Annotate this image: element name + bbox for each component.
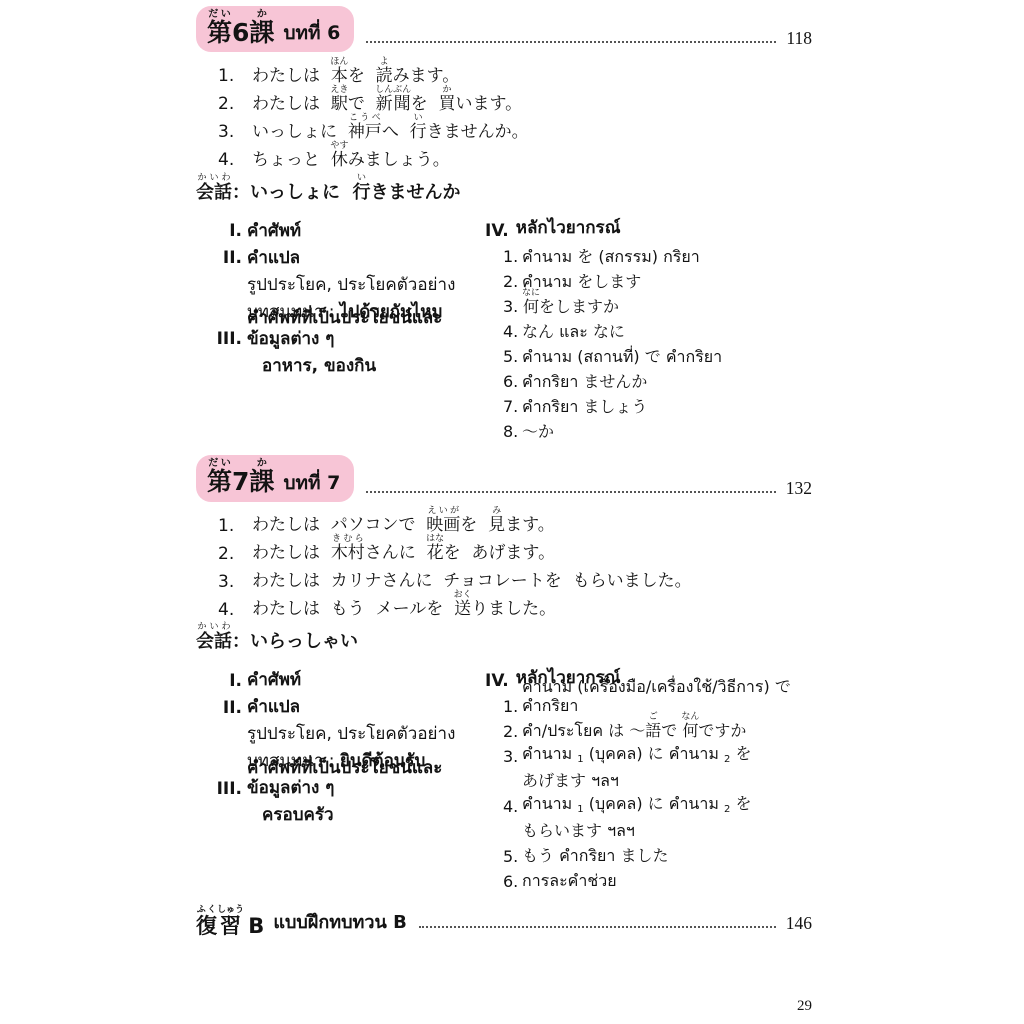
lesson-header: 第だい7課かบทที่ 7132 (196, 455, 812, 501)
grammar-item-number: 1. (503, 697, 518, 716)
conversation-text: 会話かいわ：いらっしゃい (196, 622, 358, 653)
outline-numeral: III. (196, 329, 242, 349)
outline-label: ครอบครัว (247, 805, 334, 825)
example-sentence: 3.わたしは カリナさんに チョコレートを もらいました。 (218, 564, 812, 592)
example-sentence: 4.わたしは もう メールを 送おくりました。 (218, 592, 812, 620)
outline-item: III.คำศัพท์ที่เป็นประโยชน์และข้อมูลต่าง … (196, 322, 485, 349)
outline-numeral: III. (196, 779, 242, 799)
lesson-title-japanese: 第だい6課か (207, 9, 274, 46)
sentence-text: ちょっと 休やすみましょう。 (252, 141, 450, 171)
sentence-text: わたしは 駅えきで 新聞しんぶんを 買かいます。 (252, 85, 522, 115)
grammar-item-line: 5.もう คำกริยา ました (485, 841, 812, 866)
grammar-item: 4.なん และ なに (485, 316, 812, 341)
sentence-number: 4. (218, 600, 252, 620)
conversation-line: 会話かいわ：いっしょに 行いきませんか (196, 173, 812, 203)
grammar-item-text: あげます ฯลฯ (522, 771, 619, 790)
grammar-item: 8.～か (485, 416, 812, 441)
grammar-item-text: もらいます ฯลฯ (522, 821, 635, 840)
example-sentences: 1.わたしは 本ほんを 読よみます。2.わたしは 駅えきで 新聞しんぶんを 買か… (196, 58, 812, 170)
grammar-item-number: 5. (503, 347, 518, 366)
grammar-item-number: 2. (503, 722, 518, 741)
review-title-thai: แบบฝึกทบทวน B (273, 907, 406, 937)
sentence-number: 1. (218, 66, 252, 86)
lesson-page-number: 118 (786, 28, 812, 52)
outline-item: อาหาร, ของกิน (196, 349, 485, 376)
outline-label: คำศัพท์ที่เป็นประโยชน์และข้อมูลต่าง ๆ (247, 758, 485, 799)
outline-label: คำศัพท์ (247, 221, 301, 241)
outline-item: I.คำศัพท์ (196, 214, 485, 241)
grammar-item-text: คำนาม 1 (บุคคล) に คำนาม 2 を (522, 794, 751, 816)
grammar-item-text: ～か (522, 422, 554, 441)
sentence-text: わたしは 木村きむらさんに 花はなを あげます。 (252, 534, 555, 564)
grammar-item-number: 4. (503, 797, 518, 816)
grammar-item: 2.คำ/ประโยค は ～語ごで 何なんですか (485, 716, 812, 741)
lesson-section: 第だい6課かบทที่ 61181.わたしは 本ほんを 読よみます。2.わたしは… (196, 6, 812, 441)
grammar-item: 6.คำกริยา ませんか (485, 366, 812, 391)
outline-label: คำศัพท์ (247, 670, 301, 690)
grammar-item-number: 1. (503, 247, 518, 266)
dotted-leader (366, 491, 775, 493)
dotted-leader (366, 41, 776, 43)
outline-numeral: I. (196, 221, 242, 241)
grammar-section-header: IV.หลักไวยากรณ์ (485, 214, 812, 241)
sentence-number: 2. (218, 94, 252, 114)
example-sentence: 4.ちょっと 休やすみましょう。 (218, 142, 812, 170)
grammar-column: IV.หลักไวยากรณ์1.คำนาม を (สกรรม) กริยา2.… (485, 214, 812, 441)
example-sentence: 2.わたしは 木村きむらさんに 花はなを あげます。 (218, 536, 812, 564)
sentence-number: 4. (218, 150, 252, 170)
sentence-number: 2. (218, 544, 252, 564)
grammar-item-text: คำนาม (เครื่องมือ/เครื่องใช้/วิธีการ) で … (522, 677, 812, 715)
grammar-item-text: การละคำช่วย (522, 871, 617, 890)
sentence-text: わたしは もう メールを 送おくりました。 (252, 590, 556, 620)
grammar-item: 4.คำนาม 1 (บุคคล) に คำนาม 2 をもらいます ฯลฯ (485, 791, 812, 841)
grammar-item-line: 6.การละคำช่วย (485, 866, 812, 891)
conversation-text: 会話かいわ：いっしょに 行いきませんか (196, 173, 461, 204)
grammar-item-number: 6. (503, 872, 518, 891)
grammar-item-line: 4.คำนาม 1 (บุคคล) に คำนาม 2 を (485, 791, 812, 816)
review-page-number: 146 (786, 913, 812, 937)
grammar-item-line: 7.คำกริยา ましょう (485, 391, 812, 416)
outline-item: รูปประโยค, ประโยคตัวอย่าง (196, 268, 485, 295)
review-section: 復ふく習しゅう Bแบบฝึกทบทวน B146 (196, 905, 812, 937)
grammar-item-number: 8. (503, 422, 518, 441)
grammar-item-number: 5. (503, 847, 518, 866)
sentence-number: 1. (218, 516, 252, 536)
lesson-title-thai: บทที่ 6 (283, 22, 340, 46)
outline-columns: I.คำศัพท์II.คำแปลรูปประโยค, ประโยคตัวอย่… (196, 214, 812, 441)
example-sentence: 3.いっしょに 神戸こうべへ 行いきませんか。 (218, 114, 812, 142)
grammar-item-number: 3. (503, 297, 518, 316)
outline-numeral: I. (196, 671, 242, 691)
grammar-item: 3.คำนาม 1 (บุคคล) に คำนาม 2 をあげます ฯลฯ (485, 741, 812, 791)
lesson-badge: 第だい7課かบทที่ 7 (196, 455, 354, 501)
example-sentences: 1.わたしは パソコンで 映画えいがを 見みます。2.わたしは 木村きむらさんに… (196, 508, 812, 620)
lesson-badge: 第だい6課かบทที่ 6 (196, 6, 354, 52)
grammar-section-numeral: IV. (485, 221, 509, 241)
grammar-item-text: もう คำกริยา ました (522, 846, 669, 865)
grammar-item-text: 何なにをしますか (522, 288, 619, 316)
outline-item: III.คำศัพท์ที่เป็นประโยชน์และข้อมูลต่าง … (196, 772, 485, 799)
grammar-item-line: 3.คำนาม 1 (บุคคล) に คำนาม 2 を (485, 741, 812, 766)
grammar-item-text: คำนาม 1 (บุคคล) に คำนาม 2 を (522, 744, 751, 766)
grammar-item-line-continuation: もらいます ฯลฯ (485, 816, 812, 841)
grammar-item-line: 8.～か (485, 416, 812, 441)
outline-label: คำศัพท์ที่เป็นประโยชน์และข้อมูลต่าง ๆ (247, 308, 485, 349)
grammar-item-line: 3.何なにをしますか (485, 291, 812, 316)
outline-item: II.คำแปล (196, 691, 485, 718)
toc-content: 第だい6課かบทที่ 61181.わたしは 本ほんを 読よみます。2.わたしは… (196, 6, 812, 937)
grammar-item-number: 7. (503, 397, 518, 416)
grammar-item-line: 2.คำ/ประโยค は ～語ごで 何なんですか (485, 716, 812, 741)
grammar-item: 6.การละคำช่วย (485, 866, 812, 891)
grammar-item: 1.คำนาม を (สกรรม) กริยา (485, 241, 812, 266)
dotted-leader (419, 926, 776, 928)
outline-left-column: I.คำศัพท์II.คำแปลรูปประโยค, ประโยคตัวอย่… (196, 214, 485, 441)
footer-page-number: 29 (797, 998, 812, 1015)
outline-label: คำแปล (247, 248, 300, 268)
grammar-item: 3.何なにをしますか (485, 291, 812, 316)
outline-left-column: I.คำศัพท์II.คำแปลรูปประโยค, ประโยคตัวอย่… (196, 664, 485, 891)
grammar-item-text: คำนาม (สถานที่) で คำกริยา (522, 347, 722, 366)
example-sentence: 2.わたしは 駅えきで 新聞しんぶんを 買かいます。 (218, 86, 812, 114)
outline-item: II.คำแปล (196, 241, 485, 268)
grammar-item: 7.คำกริยา ましょう (485, 391, 812, 416)
grammar-item-text: คำ/ประโยค は ～語ごで 何なんですか (522, 712, 746, 740)
grammar-item-line: 1.คำนาม を (สกรรม) กริยา (485, 241, 812, 266)
grammar-item: 5.もう คำกริยา ました (485, 841, 812, 866)
grammar-item-text: คำกริยา ましょう (522, 397, 647, 416)
outline-item: รูปประโยค, ประโยคตัวอย่าง (196, 718, 485, 745)
lesson-section: 第だい7課かบทที่ 71321.わたしは パソコンで 映画えいがを 見みます… (196, 455, 812, 890)
outline-columns: I.คำศัพท์II.คำแปลรูปประโยค, ประโยคตัวอย่… (196, 664, 812, 891)
outline-label: รูปประโยค, ประโยคตัวอย่าง (247, 724, 455, 744)
grammar-item-line: 4.なん และ なに (485, 316, 812, 341)
sentence-text: わたしは 本ほんを 読よみます。 (252, 57, 459, 87)
grammar-item-number: 2. (503, 272, 518, 291)
grammar-item-number: 6. (503, 372, 518, 391)
grammar-item-text: คำกริยา ませんか (522, 372, 647, 391)
grammar-item-text: なん และ なに (522, 322, 625, 341)
sentence-text: わたしは パソコンで 映画えいがを 見みます。 (252, 506, 555, 536)
outline-label: อาหาร, ของกิน (247, 356, 376, 376)
lesson-title-thai: บทที่ 7 (283, 472, 340, 496)
grammar-item-line: 6.คำกริยา ませんか (485, 366, 812, 391)
outline-label: รูปประโยค, ประโยคตัวอย่าง (247, 275, 455, 295)
grammar-item-number: 4. (503, 322, 518, 341)
grammar-item-line-continuation: あげます ฯลฯ (485, 766, 812, 791)
outline-item: I.คำศัพท์ (196, 664, 485, 691)
review-title-japanese: 復ふく習しゅう B (196, 905, 264, 937)
sentence-text: いっしょに 神戸こうべへ 行いきませんか。 (252, 113, 529, 143)
outline-label: คำแปล (247, 697, 300, 717)
lesson-header: 第だい6課かบทที่ 6118 (196, 6, 812, 52)
sentence-number: 3. (218, 572, 252, 592)
conversation-line: 会話かいわ：いらっしゃい (196, 623, 812, 653)
lesson-page-number: 132 (786, 478, 812, 502)
lesson-title-japanese: 第だい7課か (207, 458, 274, 495)
sentence-number: 3. (218, 122, 252, 142)
grammar-item-number: 3. (503, 747, 518, 766)
grammar-column: IV.หลักไวยากรณ์1.คำนาม (เครื่องมือ/เครื่… (485, 664, 812, 891)
example-sentence: 1.わたしは 本ほんを 読よみます。 (218, 58, 812, 86)
grammar-section-title: หลักไวยากรณ์ (516, 214, 621, 241)
grammar-item: 5.คำนาม (สถานที่) で คำกริยา (485, 341, 812, 366)
sentence-text: わたしは カリナさんに チョコレートを もらいました。 (252, 572, 692, 592)
grammar-item-line: 5.คำนาม (สถานที่) で คำกริยา (485, 341, 812, 366)
toc-page: 第だい6課かบทที่ 61181.わたしは 本ほんを 読よみます。2.わたしは… (0, 0, 1024, 1024)
outline-numeral: II. (196, 698, 242, 718)
grammar-section-numeral: IV. (485, 671, 509, 691)
grammar-item-text: คำนาม を (สกรรม) กริยา (522, 247, 700, 266)
outline-item: ครอบครัว (196, 799, 485, 826)
outline-numeral: II. (196, 248, 242, 268)
example-sentence: 1.わたしは パソコンで 映画えいがを 見みます。 (218, 508, 812, 536)
